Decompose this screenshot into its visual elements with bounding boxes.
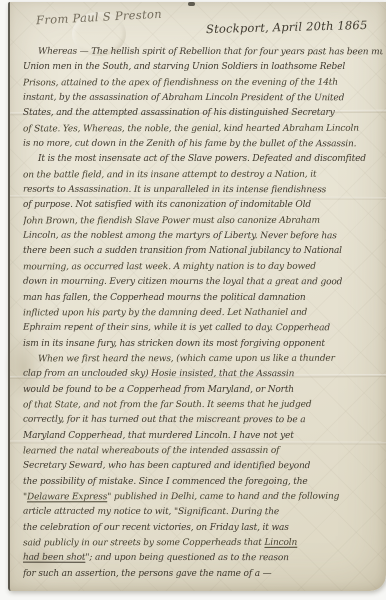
letter-line: on the battle field, and in its insane a… xyxy=(23,167,383,183)
letter-line: the celebration of our recent victories,… xyxy=(23,521,383,536)
letter-line: correctly, for it has turned out that th… xyxy=(23,413,383,429)
letter-line: Union men in the South, and starving Uni… xyxy=(23,60,383,75)
letter-line: man has fallen, the Copperhead mourns th… xyxy=(23,291,383,306)
letter-line: clap from an unclouded sky) Hosie insist… xyxy=(23,367,383,383)
letter-line: instant, by the assassination of Abraham… xyxy=(23,91,383,107)
scan-speck xyxy=(188,2,195,6)
letter-line: resorts to Assassination. It is unparall… xyxy=(23,183,383,199)
letter-line: Secretary Seward, who has been captured … xyxy=(23,459,383,475)
letter-line: learned the natal whereabouts of the int… xyxy=(23,444,383,460)
letter-body: Whereas — The hellish spirit of Rebellio… xyxy=(23,45,383,587)
letter-line: It is the most insensate act of the Slav… xyxy=(23,152,383,167)
letter-paper: From Paul S Preston Stockport, April 20t… xyxy=(8,2,386,591)
letter-line: Ephraim repent of their sins, while it i… xyxy=(23,321,383,337)
letter-line: "Delaware Express" published in Delhi, c… xyxy=(23,490,383,506)
letter-line: is no more, cut down in the Zenith of hi… xyxy=(23,137,383,153)
place-dateline: Stockport, April 20th 1865 xyxy=(206,18,368,36)
letter-line: of that State, and not from the far Sout… xyxy=(23,398,383,414)
letter-line: inflicted upon his party by the damning … xyxy=(23,305,383,321)
letter-line: When we first heard the news, (which cam… xyxy=(23,351,383,367)
letter-line: said publicly in our streets by some Cop… xyxy=(23,536,383,552)
letter-line: down in mourning. Every citizen mourns t… xyxy=(23,275,383,291)
letter-line: had been shot"; and upon being questione… xyxy=(23,551,383,567)
letter-line: the possibility of mistake. Since I comm… xyxy=(23,475,383,490)
letter-line: for such an assertion, the persons gave … xyxy=(23,567,383,582)
letter-line: there been such a sudden transition from… xyxy=(23,244,383,259)
letter-line: Whereas — The hellish spirit of Rebellio… xyxy=(23,45,383,61)
letter-line: Prisons, attained to the apex of fiendis… xyxy=(23,75,383,91)
scanned-letter: From Paul S Preston Stockport, April 20t… xyxy=(0,0,386,600)
letter-line: Lincoln, as the noblest among the martyr… xyxy=(23,229,383,245)
letter-line: of State. Yes, Whereas, the noble, the g… xyxy=(23,121,383,137)
letter-line: mourning, as occurred last week. A might… xyxy=(23,259,383,275)
letter-line: John Brown, the fiendish Slave Power mus… xyxy=(23,213,383,229)
letter-line: States, and the attempted assassination … xyxy=(23,106,383,121)
letter-line: ism in its insane fury, has stricken dow… xyxy=(23,337,383,352)
letter-line: of purpose. Not satisfied with its canon… xyxy=(23,198,383,213)
letter-line: would be found to be a Copperhead from M… xyxy=(23,383,383,398)
letter-line: article attracted my notice to wit, "Sig… xyxy=(23,505,383,521)
letter-line: Maryland Copperhead, that murdered Linco… xyxy=(23,429,383,444)
